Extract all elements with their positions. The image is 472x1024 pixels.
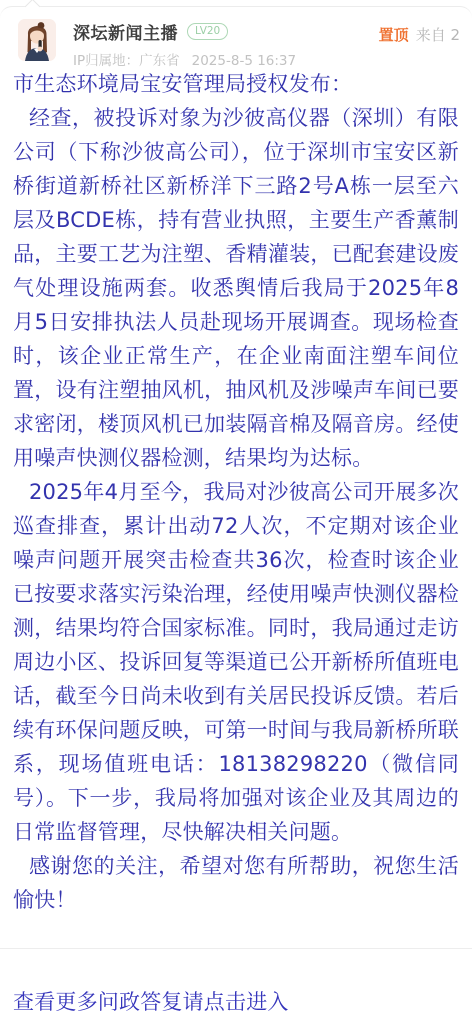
header-corner: 置顶来自 2 — [379, 19, 460, 63]
paragraph-announcement: 市生态环境局宝安管理局授权发布： — [13, 67, 459, 101]
pinned-badge: 置顶 — [379, 26, 409, 44]
meta-row: IP归属地：广东省2025-8-5 16:37 — [73, 49, 379, 69]
avatar[interactable] — [18, 19, 56, 61]
post-header: 深坛新闻主播 LV20 IP归属地：广东省2025-8-5 16:37 置顶来自… — [0, 7, 472, 63]
identity-block: 深坛新闻主播 LV20 IP归属地：广东省2025-8-5 16:37 — [73, 19, 379, 63]
more-replies-link[interactable]: 查看更多问政答复请点击进入 — [13, 986, 289, 1018]
paragraph-inspections: 2025年4月至今，我局对沙彼高公司开展多次巡查排查，累计出动72人次，不定期对… — [13, 475, 459, 849]
paragraph-thanks: 感谢您的关注，希望对您有所帮助，祝您生活愉快！ — [13, 849, 459, 917]
floor-label: 来自 2 — [416, 26, 460, 44]
female-news-anchor-avatar-image — [18, 19, 56, 61]
username[interactable]: 深坛新闻主播 — [73, 19, 178, 44]
paragraph-investigation: 经查，被投诉对象为沙彼高仪器（深圳）有限公司（下称沙彼高公司），位于深圳市宝安区… — [13, 101, 459, 475]
post-card: 深坛新闻主播 LV20 IP归属地：广东省2025-8-5 16:37 置顶来自… — [0, 6, 472, 1024]
post-body: 市生态环境局宝安管理局授权发布： 经查，被投诉对象为沙彼高仪器（深圳）有限公司（… — [0, 63, 472, 917]
level-badge: LV20 — [187, 23, 228, 40]
divider — [0, 948, 472, 949]
